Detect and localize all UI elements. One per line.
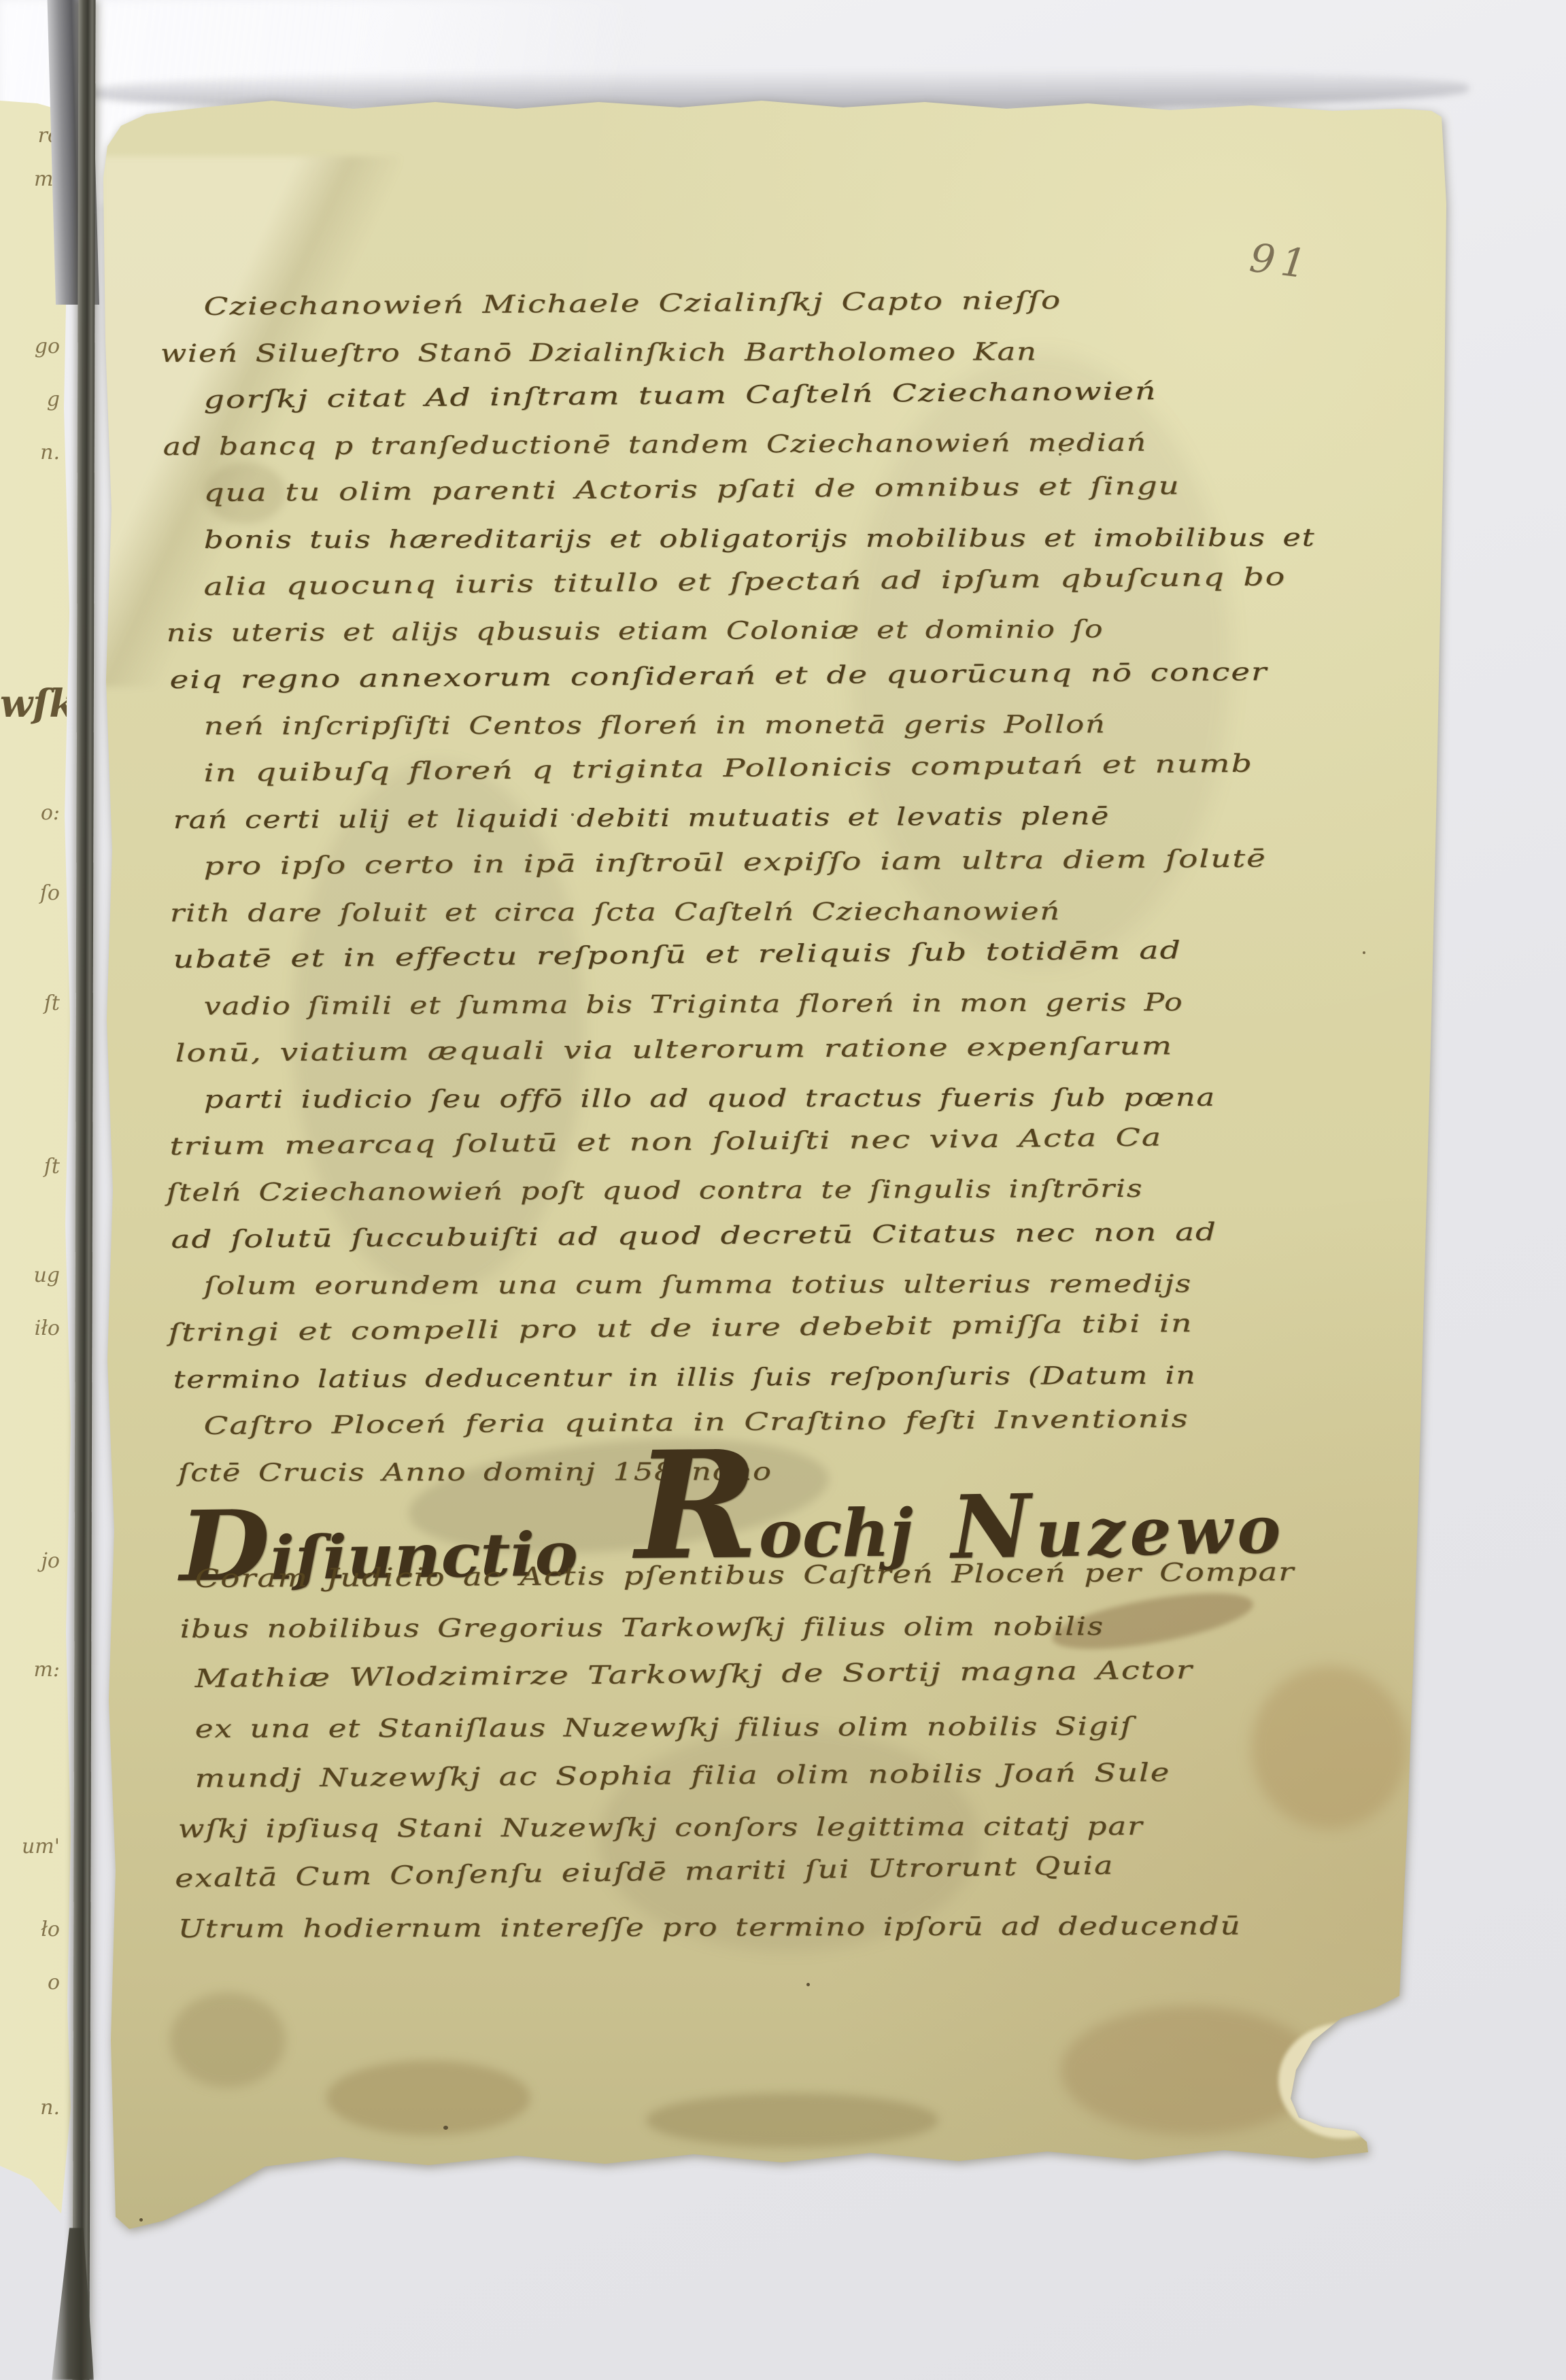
text-line: eiq regno annexorum conſiderań et de quo… — [169, 660, 1379, 715]
text-line: trium mearcaq ſolutū et non ſoluiſti nec… — [169, 1123, 1398, 1181]
stain — [326, 2060, 530, 2135]
text-line: lonū, viatium æquali via ulterorum ratio… — [175, 1032, 1378, 1088]
text-line: qua tu olim parenti Actoris pſati de omn… — [203, 473, 1369, 528]
text-line: gorſkj citat Ad inſtram tuam Caſtelń Czi… — [203, 377, 1387, 435]
stain — [646, 2093, 938, 2147]
text-line: ſtringi et compelli pro ut de iure debeb… — [168, 1310, 1399, 1367]
heading-word-rochj: Rochj — [635, 1458, 914, 1565]
text-line: ad ſolutū ſuccubuiſti ad quod decretū Ci… — [171, 1219, 1379, 1275]
text-line: in quibuſq floreń q triginta Pollonicis … — [203, 751, 1387, 809]
entry-body-text: Cziechanowień Michaele Czialinſkj Capto … — [204, 295, 1100, 1508]
text-line: Cziechanowień Michaele Czialinſkj Capto … — [203, 286, 1369, 341]
text-line: Caſtro Ploceń feria quinta in Craſtino f… — [203, 1406, 1369, 1461]
manuscript-page: 91 Cziechanowień Michaele Czialinſkj Cap… — [0, 0, 1566, 2380]
text-line: pro ipſo certo in ipā inſtroūl expiſſo i… — [203, 846, 1369, 901]
text-line: ubatē et in effectu reſponſū et reliquis… — [173, 937, 1397, 995]
stain — [170, 1992, 286, 2088]
manuscript-page-wrap: 91 Cziechanowień Michaele Czialinſkj Cap… — [0, 0, 1566, 2380]
text-line: mundj Nuzewſkj ac Sophia filia olim nobi… — [194, 1759, 1295, 1816]
speck — [139, 2218, 143, 2222]
heading-word-nuzewo: Nuzewo — [951, 1483, 1286, 1567]
text-line: Coram Judicio ac Actis pſentibus Caſtreń… — [194, 1559, 1295, 1616]
speck — [443, 2126, 448, 2130]
tear-fibers — [1278, 2023, 1408, 2139]
speck — [806, 1983, 810, 1986]
text-line: Mathiæ Wlodzimirze Tarkowſkj de Sortij m… — [194, 1656, 1330, 1716]
entry-lower-text: Coram Judicio ac Actis pſentibus Caſtreń… — [195, 1566, 1068, 1966]
photograph-background: ro m. go g n. wſki o: ſo ſt ſt ug iło jo… — [0, 0, 1566, 2380]
text-line: Utrum hodiernum intereſſe pro termino ip… — [178, 1913, 1264, 1966]
folio-number: 91 — [1247, 235, 1314, 288]
